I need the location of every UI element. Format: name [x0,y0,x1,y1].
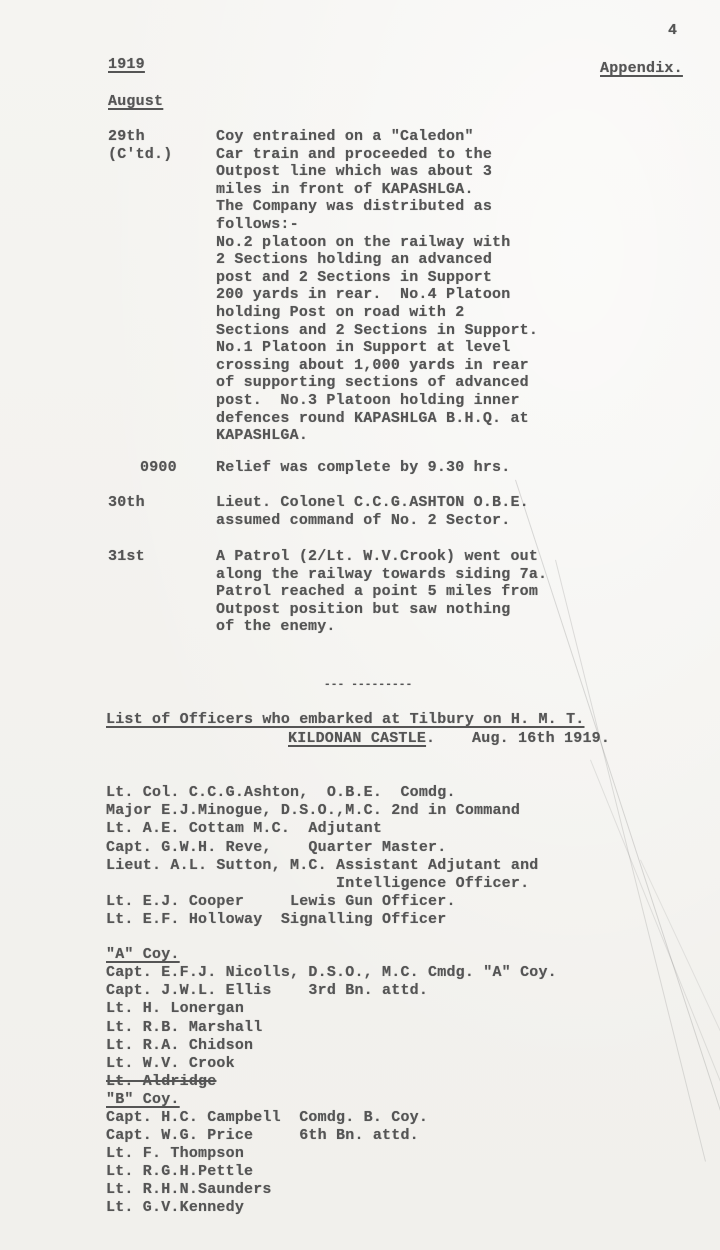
officer-entry: Lieut. A.L. Sutton, M.C. Assistant Adjut… [106,857,538,875]
entry-text: Lieut. Colonel C.C.G.ASHTON O.B.E. assum… [216,494,529,529]
officer-entry: Capt. W.G. Price 6th Bn. attd. [106,1127,419,1145]
section-separator: --- --------- [324,677,412,695]
a-coy-heading: "A" Coy. [106,946,180,964]
entry-date: 31st [108,548,145,566]
ship-name: KILDONAN CASTLE [288,730,426,747]
officer-entry: Lt. R.G.H.Pettle [106,1163,253,1181]
officer-entry: Lt. Col. C.C.G.Ashton, O.B.E. Comdg. [106,784,456,802]
entry-date: 30th [108,494,145,512]
officer-entry: Lt. R.H.N.Saunders [106,1181,272,1199]
officer-entry: Lt. E.F. Holloway Signalling Officer [106,911,446,929]
entry-text: A Patrol (2/Lt. W.V.Crook) went out alon… [216,548,547,636]
appendix-heading: Appendix. [600,60,683,78]
officer-entry: Major E.J.Minogue, D.S.O.,M.C. 2nd in Co… [106,802,520,820]
document-page: 4 1919 Appendix. August 29th (C'td.) Coy… [0,0,720,1250]
entry-date: 0900 [140,459,177,477]
officer-entry-continued: Intelligence Officer. [106,875,529,893]
page-number: 4 [668,22,677,40]
entry-date: 29th (C'td.) [108,128,172,163]
entry-text: Coy entrained on a "Caledon" Car train a… [216,128,538,445]
officers-list-subtitle: KILDONAN CASTLE. Aug. 16th 1919. [288,730,610,748]
officer-entry: Lt. H. Lonergan [106,1000,244,1018]
officer-entry: Lt. W.V. Crook [106,1055,235,1073]
officer-entry: Capt. E.F.J. Nicolls, D.S.O., M.C. Cmdg.… [106,964,557,982]
b-coy-heading: "B" Coy. [106,1091,180,1109]
officer-entry: Lt. R.B. Marshall [106,1019,262,1037]
officer-entry: Lt. F. Thompson [106,1145,244,1163]
struck-out-entry: Lt. Aldridge [106,1073,216,1091]
officer-entry: Capt. H.C. Campbell Comdg. B. Coy. [106,1109,428,1127]
year-heading: 1919 [108,56,145,74]
officer-entry: Capt. G.W.H. Reve, Quarter Master. [106,839,446,857]
entry-text: Relief was complete by 9.30 hrs. [216,459,510,477]
officer-entry: Lt. R.A. Chidson [106,1037,253,1055]
officer-entry: Lt. A.E. Cottam M.C. Adjutant [106,820,382,838]
officer-entry: Capt. J.W.L. Ellis 3rd Bn. attd. [106,982,428,1000]
month-heading: August [108,93,163,111]
paper-crease [590,760,720,1205]
officers-list-title: List of Officers who embarked at Tilbury… [106,711,584,729]
officer-entry: Lt. G.V.Kennedy [106,1199,244,1217]
officer-entry: Lt. E.J. Cooper Lewis Gun Officer. [106,893,456,911]
embark-date: . Aug. 16th 1919. [426,730,610,747]
